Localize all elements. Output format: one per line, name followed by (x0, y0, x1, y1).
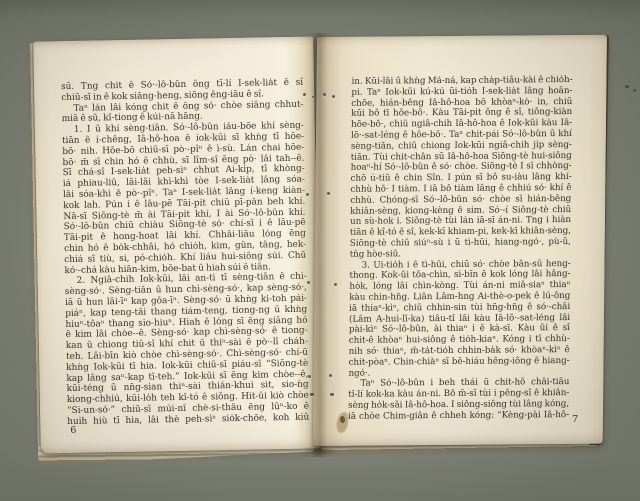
scanned-book-spread: sū. Tng chit ê Só·-lô-bûn ông tī-lí Í-se… (0, 0, 640, 501)
stitching-hole (323, 93, 326, 96)
stitching-hole (312, 96, 314, 98)
background-speck (633, 89, 636, 92)
background-speck (625, 85, 629, 88)
stitching-hole (303, 93, 306, 96)
text-line: chit-pòaⁿ. Chin-chiàⁿ sī bē-hiáu hêng-iô… (349, 356, 570, 369)
stitching-hole (308, 375, 311, 378)
stitching-hole (334, 283, 337, 286)
stitching-hole (332, 95, 335, 98)
book-page-left: sū. Tng chit ê Só·-lô-bûn ông tī-lí Í-se… (33, 36, 321, 453)
stitching-hole (327, 192, 330, 195)
right-page-text: in. Kūi-lāi ū khǹg Má-ná, kap cha̍p-tiâu… (348, 75, 573, 422)
left-page-number: 6 (70, 425, 76, 436)
stitching-hole (329, 374, 332, 377)
book-page-right: in. Kūi-lāi ū khǹg Má-ná, kap cha̍p-tiâu… (313, 35, 607, 446)
stitching-hole (307, 281, 310, 284)
ink-stain-core (340, 416, 345, 423)
right-page-number: 7 (572, 414, 578, 425)
stitching-hole (306, 193, 309, 196)
text-line: Siōng-tè chiū siúⁿ-sù i ū tì-hūi, hiang-… (350, 237, 571, 250)
left-page-text: sū. Tng chit ê Só·-lô-bûn ông tī-lí Í-se… (61, 78, 309, 428)
stitching-hole (330, 393, 334, 396)
text-line: iā chòe Chim-giân ê chheh kóng: “Kèng-pà… (348, 410, 569, 423)
stitching-hole (310, 393, 314, 396)
